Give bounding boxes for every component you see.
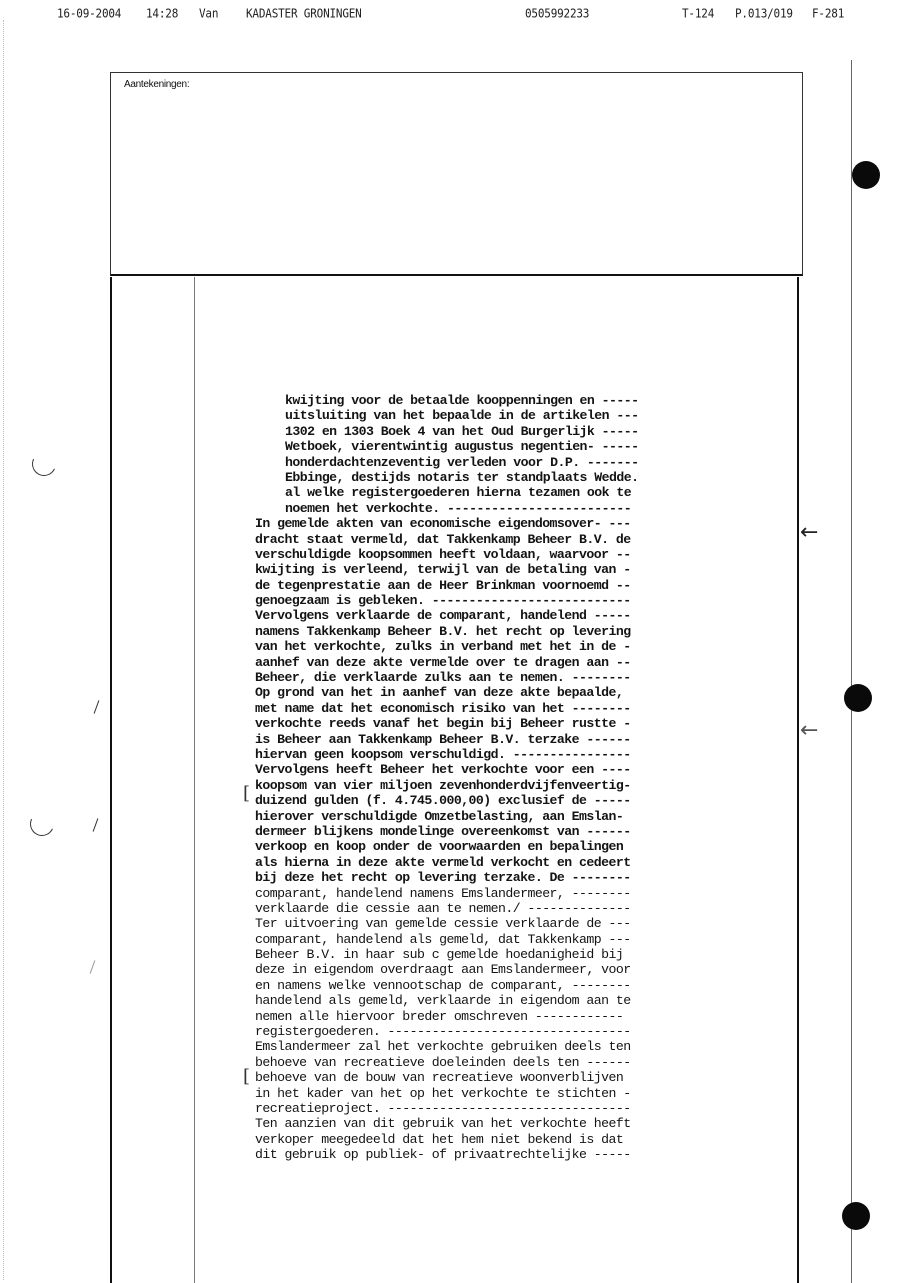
- text-line: verkochte reeds vanaf het begin bij Behe…: [255, 716, 775, 731]
- pen-tick-icon: [90, 960, 96, 973]
- text-line: In gemelde akten van economische eigendo…: [255, 516, 775, 531]
- text-line: handelend als gemeld, verklaarde in eige…: [255, 993, 775, 1008]
- text-line: Op grond van het in aanhef van deze akte…: [255, 685, 775, 700]
- text-line: uitsluiting van het bepaalde in de artik…: [255, 408, 775, 423]
- text-line: behoeve van recreatieve doeleinden deels…: [255, 1055, 775, 1070]
- text-line: Ter uitvoering van gemelde cessie verkla…: [255, 916, 775, 931]
- text-line: is Beheer aan Takkenkamp Beheer B.V. ter…: [255, 732, 775, 747]
- text-line: van het verkochte, zulks in verband met …: [255, 639, 775, 654]
- ring-binder-mark-icon: [29, 449, 60, 480]
- text-line: dit gebruik op publiek- of privaatrechte…: [255, 1147, 775, 1162]
- margin-arrow-icon: ←: [800, 720, 818, 742]
- punch-hole-icon: [852, 161, 880, 189]
- text-line: Ten aanzien van dit gebruik van het verk…: [255, 1116, 775, 1131]
- text-line: deze in eigendom overdraagt aan Emslande…: [255, 962, 775, 977]
- text-line: verklaarde die cessie aan te nemen./ ---…: [255, 901, 775, 916]
- text-line: behoeve van de bouw van recreatieve woon…: [255, 1070, 775, 1085]
- notes-label: Aantekeningen:: [124, 79, 189, 90]
- text-line: recreatieproject. ----------------------…: [255, 1101, 775, 1116]
- inner-margin-line: [194, 277, 195, 1283]
- fax-page-number: P.013/019: [735, 6, 793, 21]
- text-line: als hierna in deze akte vermeld verkocht…: [255, 855, 775, 870]
- fax-sender: KADASTER GRONINGEN: [246, 6, 362, 21]
- text-line: genoegzaam is gebleken. ----------------…: [255, 593, 775, 608]
- pen-tick-icon: [94, 700, 100, 713]
- punch-hole-icon: [844, 684, 872, 712]
- text-line: 1302 en 1303 Boek 4 van het Oud Burgerli…: [255, 424, 775, 439]
- text-line: registergoederen. ----------------------…: [255, 1024, 775, 1039]
- text-line: comparant, handelend namens Emslandermee…: [255, 886, 775, 901]
- text-line: bij deze het recht op levering terzake. …: [255, 870, 775, 885]
- text-line: Emslandermeer zal het verkochte gebruike…: [255, 1039, 775, 1054]
- text-line: al welke registergoederen hierna tezamen…: [255, 485, 775, 500]
- scan-edge-line: [3, 20, 4, 1280]
- ring-binder-mark-icon: [27, 809, 58, 840]
- text-line: koopsom van vier miljoen zevenhonderdvij…: [255, 778, 775, 793]
- handwritten-bracket-icon: [: [243, 783, 250, 804]
- text-line: verschuldigde koopsommen heeft voldaan, …: [255, 547, 775, 562]
- text-line: Ebbinge, destijds notaris ter standplaat…: [255, 470, 775, 485]
- margin-arrow-icon: ←: [800, 522, 818, 544]
- text-line: kwijting voor de betaalde kooppenningen …: [255, 393, 775, 408]
- punch-hole-icon: [842, 1202, 870, 1230]
- text-line: kwijting is verleend, terwijl van de bet…: [255, 562, 775, 577]
- text-line: verkoop en koop onder de voorwaarden en …: [255, 839, 775, 854]
- text-line: nemen alle hiervoor breder omschreven --…: [255, 1009, 775, 1024]
- text-line: Beheer, die verklaarde zulks aan te neme…: [255, 670, 775, 685]
- text-line: namens Takkenkamp Beheer B.V. het recht …: [255, 624, 775, 639]
- pen-tick-icon: [93, 818, 99, 831]
- text-line: honderdachtenzeventig verleden voor D.P.…: [255, 455, 775, 470]
- text-line: dermeer blijkens mondelinge overeenkomst…: [255, 824, 775, 839]
- fax-header: 16-09-2004 14:28 Van KADASTER GRONINGEN …: [0, 6, 900, 24]
- notes-box: Aantekeningen:: [110, 72, 803, 276]
- fax-time: 14:28: [146, 6, 178, 21]
- text-line: dracht staat vermeld, dat Takkenkamp Beh…: [255, 532, 775, 547]
- handwritten-bracket-icon: [: [243, 1066, 250, 1087]
- text-line: verkoper meegedeeld dat het hem niet bek…: [255, 1132, 775, 1147]
- fax-from-label: Van: [199, 6, 218, 21]
- deed-body-text: kwijting voor de betaalde kooppenningen …: [255, 393, 775, 1163]
- text-line: Vervolgens heeft Beheer het verkochte vo…: [255, 762, 775, 777]
- right-margin-line: [851, 60, 852, 1283]
- fax-number: F-281: [812, 6, 844, 21]
- text-line: hierover verschuldigde Omzetbelasting, a…: [255, 809, 775, 824]
- text-line: hiervan geen koopsom verschuldigd. -----…: [255, 747, 775, 762]
- text-line: met name dat het economisch risiko van h…: [255, 701, 775, 716]
- fax-phone: 0505992233: [525, 6, 589, 21]
- text-line: Vervolgens verklaarde de comparant, hand…: [255, 608, 775, 623]
- text-line: in het kader van het op het verkochte te…: [255, 1086, 775, 1101]
- fax-transmission-id: T-124: [682, 6, 714, 21]
- fax-date: 16-09-2004: [57, 6, 121, 21]
- text-line: Wetboek, vierentwintig augustus negentie…: [255, 439, 775, 454]
- text-line: Beheer B.V. in haar sub c gemelde hoedan…: [255, 947, 775, 962]
- text-line: de tegenprestatie aan de Heer Brinkman v…: [255, 578, 775, 593]
- text-line: duizend gulden (f. 4.745.000,00) exclusi…: [255, 793, 775, 808]
- text-line: en namens welke vennootschap de comparan…: [255, 978, 775, 993]
- text-line: aanhef van deze akte vermelde over te dr…: [255, 655, 775, 670]
- text-line: comparant, handelend als gemeld, dat Tak…: [255, 932, 775, 947]
- text-line: noemen het verkochte. ------------------…: [255, 501, 775, 516]
